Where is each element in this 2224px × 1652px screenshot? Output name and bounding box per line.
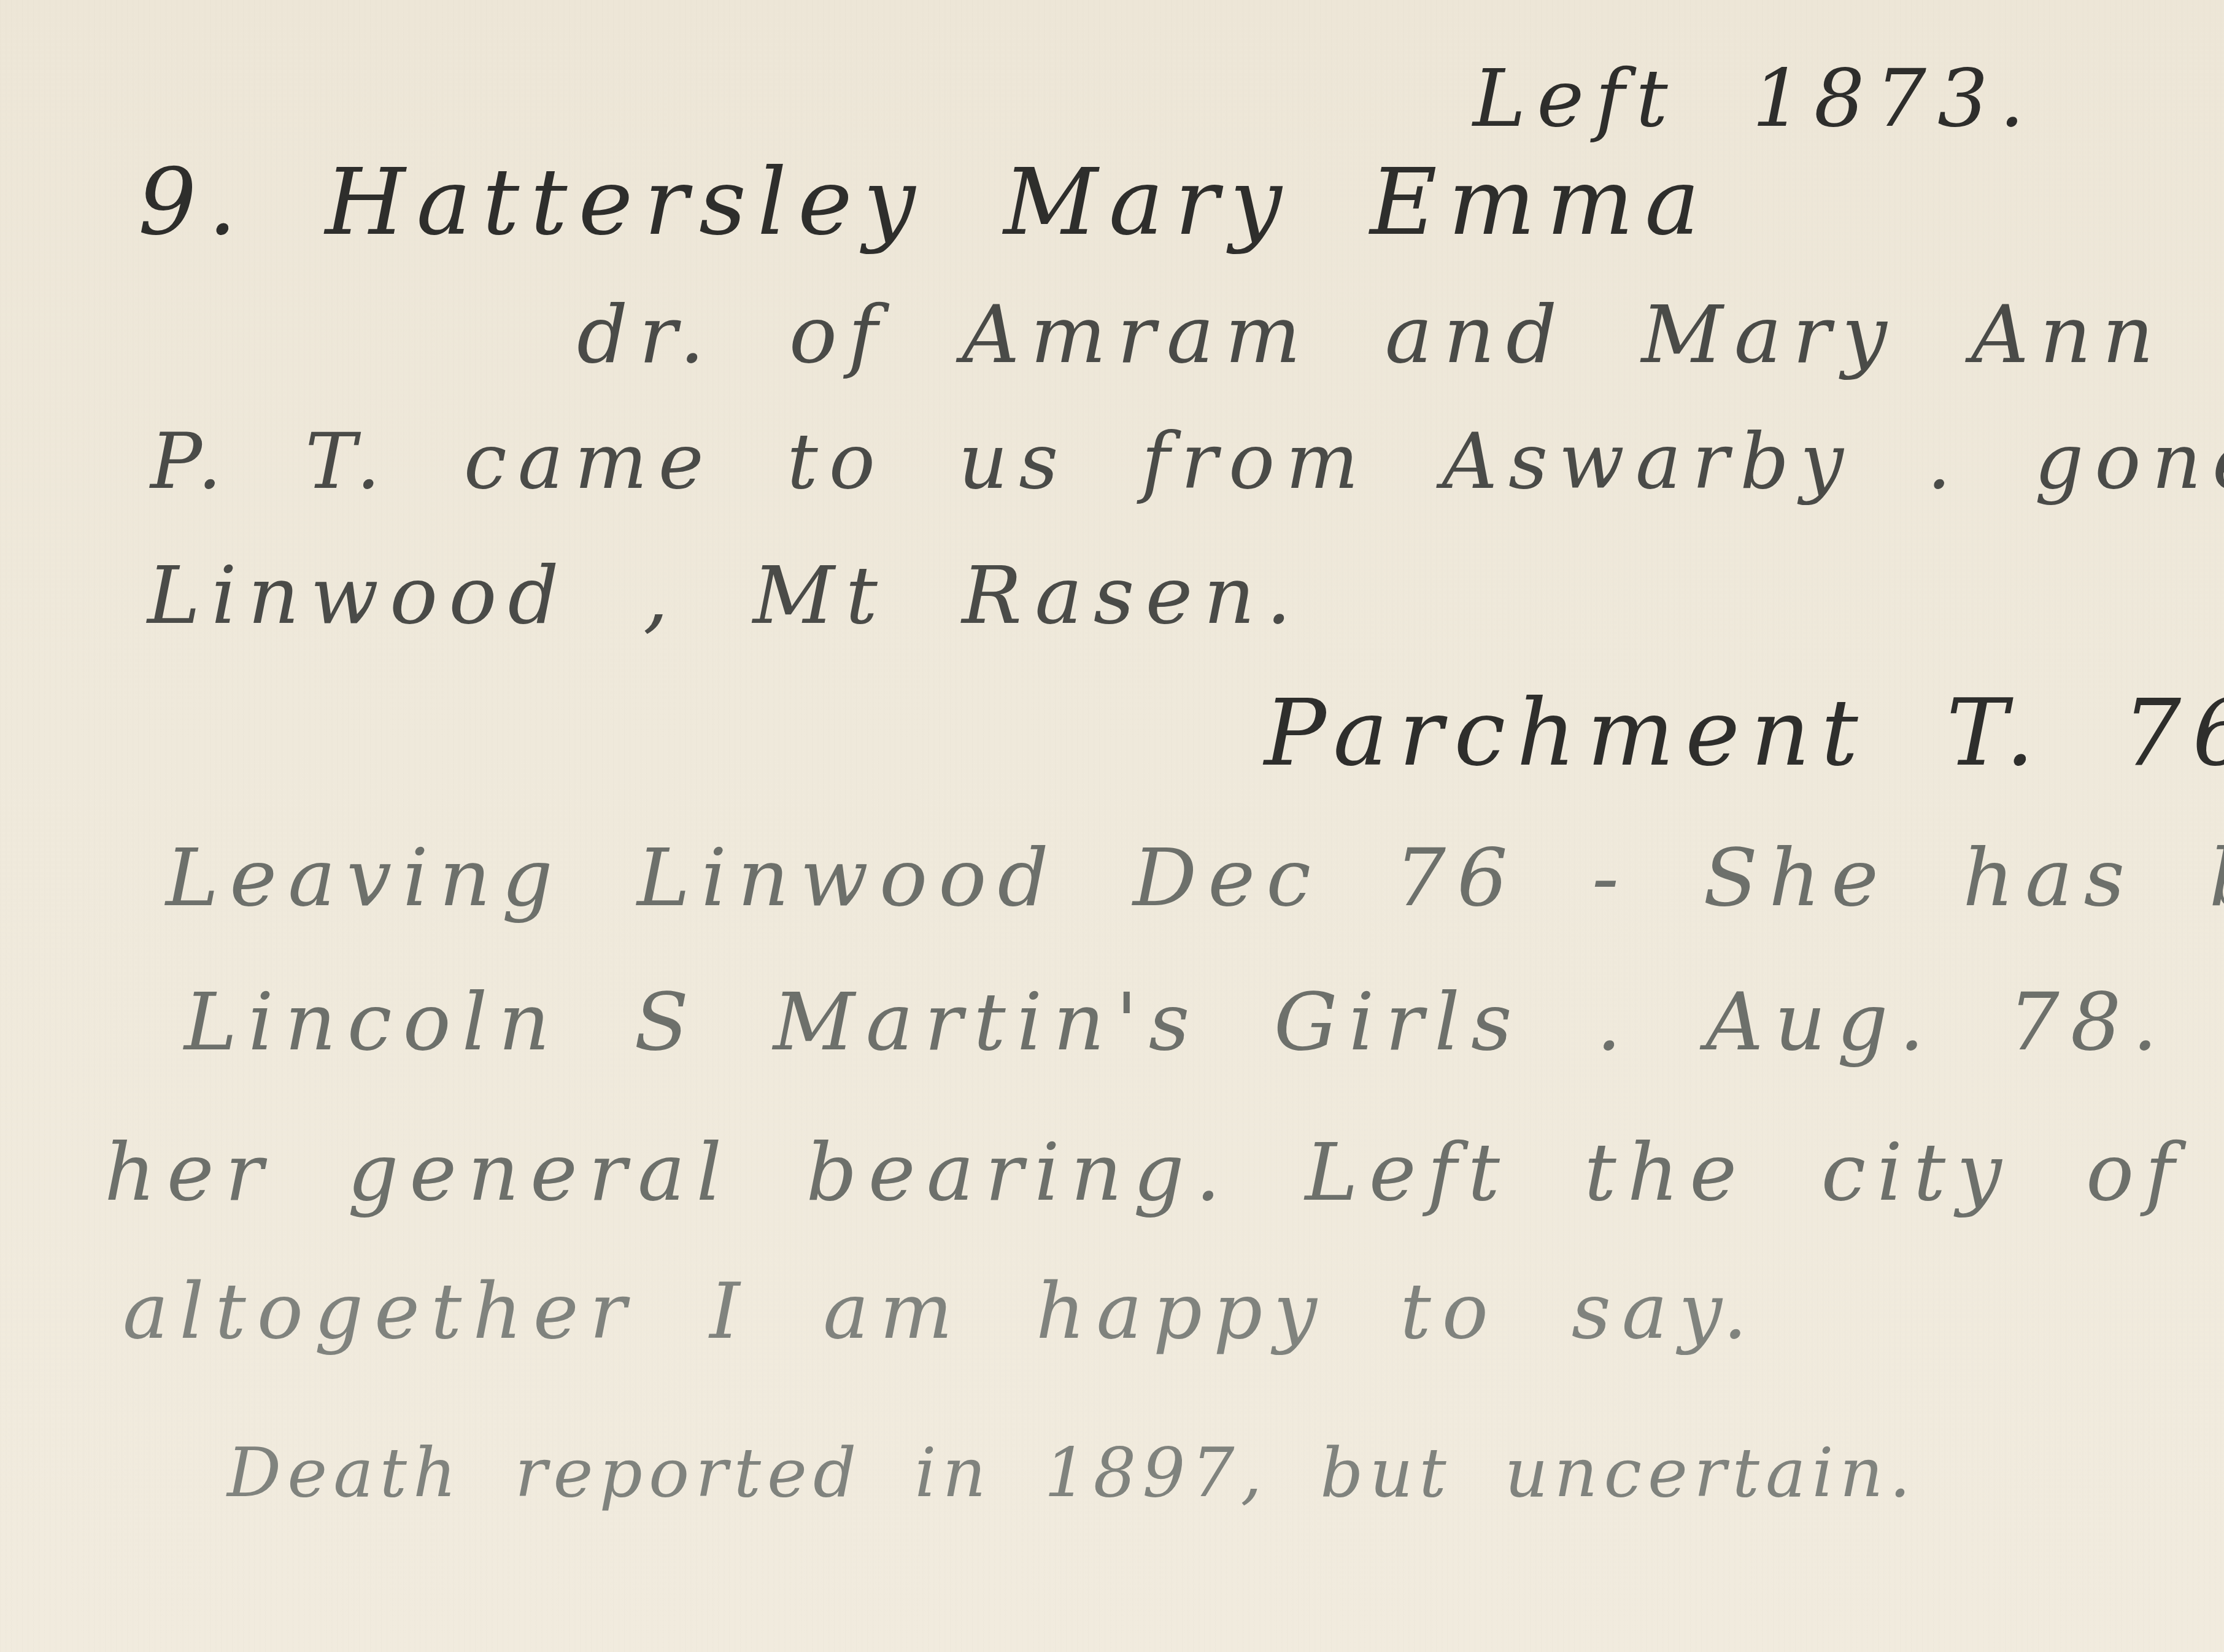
manuscript-page: Left 1873. 9. Hattersley Mary Emma dr. o… [0, 0, 2224, 1652]
entry-line-leaving: Leaving Linwood Dec 76 - She has been at [166, 838, 2224, 917]
entry-line-lincoln: Lincoln S Martin's Girls . Aug. 78. Not … [184, 982, 2224, 1062]
entry-number: 9 [138, 149, 207, 256]
entry-line-parents: dr. of Amram and Mary Ann - not a [577, 295, 2224, 374]
entry-line-destination: Linwood , Mt Rasen. [147, 555, 1302, 635]
entry-heading: 9. Hattersley Mary Emma [138, 156, 1711, 249]
entry-line-altogether: altogether I am happy to say. [123, 1273, 1758, 1350]
entry-line-origin: P. T. came to us from Aswarby . gone to [150, 423, 2224, 500]
entry-line-bearing: her general bearing. Left the city of Li… [104, 1132, 2224, 1212]
entry-note-death: Death reported in 1897, but uncertain. [227, 1439, 1917, 1507]
entry-line-parchment: Parchment T. 76. [1264, 687, 2224, 779]
entry-date: Left 1873. [1473, 58, 2036, 138]
entry-name: Hattersley Mary Emma [325, 149, 1711, 256]
